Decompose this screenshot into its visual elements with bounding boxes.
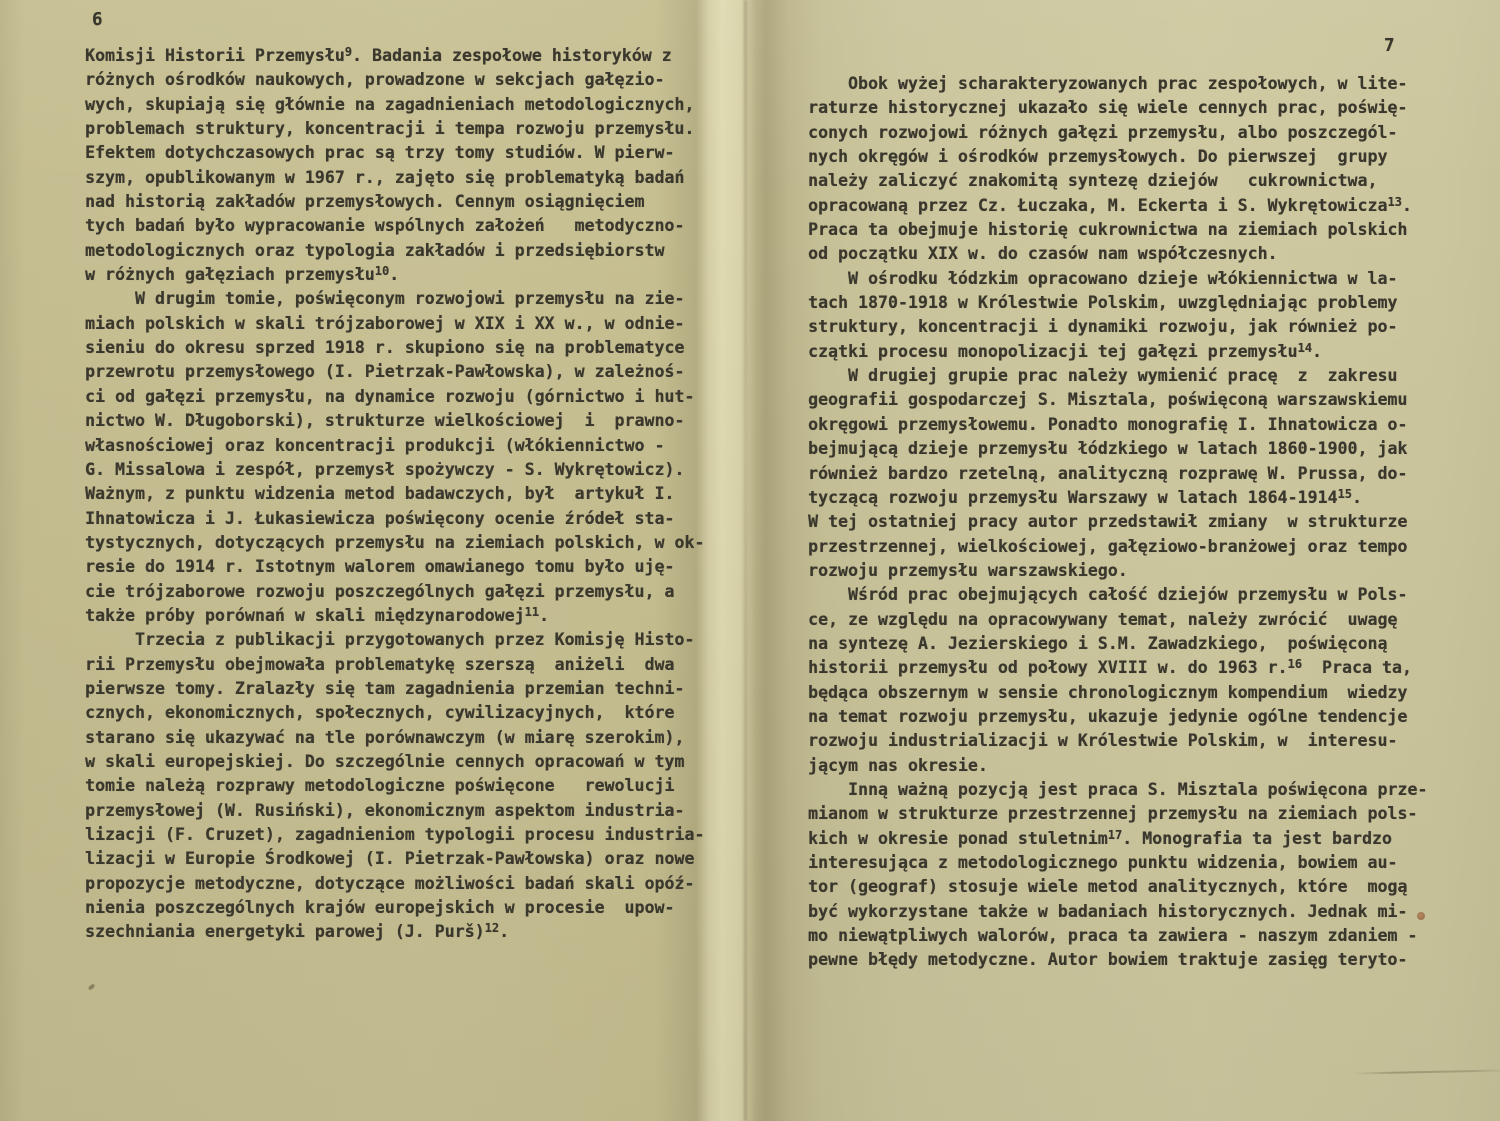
page-text-column-left: Komisji Historii Przemysłu9. Badania zes…: [85, 44, 713, 945]
text-line: Efektem dotychczasowych prac są trzy tom…: [85, 141, 713, 165]
text-line: Obok wyżej scharakteryzowanych prac zesp…: [808, 72, 1468, 96]
text-line: historii przemysłu od połowy XVIII w. do…: [808, 656, 1468, 680]
text-line: raturze historycznej ukazało się wiele c…: [808, 96, 1468, 120]
text-line: będąca obszernym w sensie chronologiczny…: [808, 681, 1468, 705]
text-line: pierwsze tomy. Zralazły się tam zagadnie…: [85, 677, 713, 701]
text-line: lizacji w Europie Środkowej (I. Pietrzak…: [85, 847, 713, 871]
text-line: pewne błędy metodyczne. Autor bowiem tra…: [808, 948, 1468, 972]
text-line: na syntezę A. Jezierskiego i S.M. Zawadz…: [808, 632, 1468, 656]
text-line: struktury, koncentracji i dynamiki rozwo…: [808, 315, 1468, 339]
page-left: 6 Komisji Historii Przemysłu9. Badania z…: [0, 0, 705, 1121]
text-line: różnych ośrodków naukowych, prowadzone w…: [85, 68, 713, 92]
text-line: Ważnym, z punktu widzenia metod badawczy…: [85, 482, 713, 506]
text-line: ce, ze względu na opracowywany temat, na…: [808, 608, 1468, 632]
text-line: również bardzo rzetelną, analityczną roz…: [808, 462, 1468, 486]
footnote-ref: 9: [345, 45, 352, 59]
text-line: tych badań było wypracowanie wspólnych z…: [85, 214, 713, 238]
footnote-ref: 16: [1288, 657, 1302, 671]
text-line: bejmującą dzieje przemysłu łódzkiego w l…: [808, 437, 1468, 461]
footnote-ref: 10: [375, 264, 389, 278]
page-number-left: 6: [92, 10, 103, 30]
footnote-ref: 13: [1387, 195, 1401, 209]
text-line: tor (geograf) stosuje wiele metod analit…: [808, 875, 1468, 899]
text-line: szechniania energetyki parowej (J. Purš)…: [85, 920, 713, 944]
text-line: tach 1870-1918 w Królestwie Polskim, uwz…: [808, 291, 1468, 315]
text-line: przestrzennej, wielkościowej, gałęziowo-…: [808, 535, 1468, 559]
text-line: rozwoju industrializacji w Królestwie Po…: [808, 729, 1468, 753]
text-line: conych rozwojowi różnych gałęzi przemysł…: [808, 121, 1468, 145]
text-line: W tej ostatniej pracy autor przedstawił …: [808, 510, 1468, 534]
text-line: rozwoju przemysłu warszawskiego.: [808, 559, 1468, 583]
footnote-ref: 15: [1338, 487, 1352, 501]
text-line: w skali europejskiej. Do szczególnie cen…: [85, 750, 713, 774]
book-scan: 6 Komisji Historii Przemysłu9. Badania z…: [0, 0, 1500, 1121]
text-line: sieniu do okresu sprzed 1918 r. skupiono…: [85, 336, 713, 360]
text-line: interesująca z metodologicznego punktu w…: [808, 851, 1468, 875]
page-right: 7 Obok wyżej scharakteryzowanych prac ze…: [770, 0, 1500, 1121]
text-line: W drugim tomie, poświęconym rozwojowi pr…: [85, 287, 713, 311]
text-line: metodologicznych oraz typologia zakładów…: [85, 239, 713, 263]
text-line: W drugiej grupie prac należy wymienić pr…: [808, 364, 1468, 388]
text-line: wych, skupiają się głównie na zagadnieni…: [85, 93, 713, 117]
text-line: tystycznych, dotyczących przemysłu na zi…: [85, 531, 713, 555]
footnote-ref: 17: [1108, 828, 1122, 842]
text-line: ci od gałęzi przemysłu, na dynamice rozw…: [85, 385, 713, 409]
text-line: w różnych gałęziach przemysłu10.: [85, 263, 713, 287]
footnote-ref: 12: [485, 921, 499, 935]
footnote-ref: 14: [1298, 341, 1312, 355]
page-number-right: 7: [1384, 36, 1395, 56]
text-line: W ośrodku łódzkim opracowano dzieje włók…: [808, 267, 1468, 291]
text-line: szym, opublikowanym w 1967 r., zajęto si…: [85, 166, 713, 190]
text-line: nictwo W. Długoborski), strukturze wielk…: [85, 409, 713, 433]
text-line: przemysłowej (W. Rusiński), ekonomicznym…: [85, 799, 713, 823]
text-line: propozycje metodyczne, dotyczące możliwo…: [85, 872, 713, 896]
text-line: rii Przemysłu obejmowała problematykę sz…: [85, 653, 713, 677]
text-line: cie trójzaborowe rozwoju poszczególnych …: [85, 580, 713, 604]
text-line: G. Missalowa i zespół, przemysł spożywcz…: [85, 458, 713, 482]
text-line: Inną ważną pozycją jest praca S. Misztal…: [808, 778, 1468, 802]
text-line: Ihnatowicza i J. Łukasiewicza poświęcony…: [85, 507, 713, 531]
text-line: być wykorzystane także w badaniach histo…: [808, 900, 1468, 924]
text-line: problemach struktury, koncentracji i tem…: [85, 117, 713, 141]
text-line: Wśród prac obejmujących całość dziejów p…: [808, 583, 1468, 607]
paper-speck: [1417, 912, 1425, 920]
text-line: przewrotu przemysłowego (I. Pietrzak-Paw…: [85, 360, 713, 384]
text-line: geografii gospodarczej S. Misztala, pośw…: [808, 388, 1468, 412]
footnote-ref: 11: [525, 605, 539, 619]
text-line: należy zaliczyć znakomitą syntezę dziejó…: [808, 169, 1468, 193]
text-line: tyczącą rozwoju przemysłu Warszawy w lat…: [808, 486, 1468, 510]
text-line: Praca ta obejmuje historię cukrownictwa …: [808, 218, 1468, 242]
text-line: cznych, ekonomicznych, społecznych, cywi…: [85, 701, 713, 725]
text-line: na temat rozwoju przemysłu, ukazuje jedy…: [808, 705, 1468, 729]
page-text-column-right: Obok wyżej scharakteryzowanych prac zesp…: [808, 72, 1468, 973]
text-line: Komisji Historii Przemysłu9. Badania zes…: [85, 44, 713, 68]
text-line: tomie należą rozprawy metodologiczne poś…: [85, 774, 713, 798]
text-line: nienia poszczególnych krajów europejskic…: [85, 896, 713, 920]
text-line: od początku XIX w. do czasów nam współcz…: [808, 242, 1468, 266]
text-line: miach polskich w skali trójzaborowej w X…: [85, 312, 713, 336]
text-line: jącym nas okresie.: [808, 754, 1468, 778]
text-line: nad historią zakładów przemysłowych. Cen…: [85, 190, 713, 214]
text-line: własnościowej oraz koncentracji produkcj…: [85, 434, 713, 458]
text-line: Trzecia z publikacji przygotowanych prze…: [85, 628, 713, 652]
text-line: także próby porównań w skali międzynarod…: [85, 604, 713, 628]
text-line: nych okręgów i ośrodków przemysłowych. D…: [808, 145, 1468, 169]
text-line: mo niewątpliwych walorów, praca ta zawie…: [808, 924, 1468, 948]
book-gutter: [744, 0, 747, 1121]
text-line: czątki procesu monopolizacji tej gałęzi …: [808, 340, 1468, 364]
text-line: starano się ukazywać na tle porównawczym…: [85, 726, 713, 750]
text-line: opracowaną przez Cz. Łuczaka, M. Eckerta…: [808, 194, 1468, 218]
text-line: lizacji (F. Cruzet), zagadnieniom typolo…: [85, 823, 713, 847]
text-line: resie do 1914 r. Istotnym walorem omawia…: [85, 555, 713, 579]
text-line: kich w okresie ponad stuletnim17. Monogr…: [808, 827, 1468, 851]
text-line: mianom w strukturze przestrzennej przemy…: [808, 802, 1468, 826]
text-line: okręgowi przemysłowemu. Ponadto monograf…: [808, 413, 1468, 437]
